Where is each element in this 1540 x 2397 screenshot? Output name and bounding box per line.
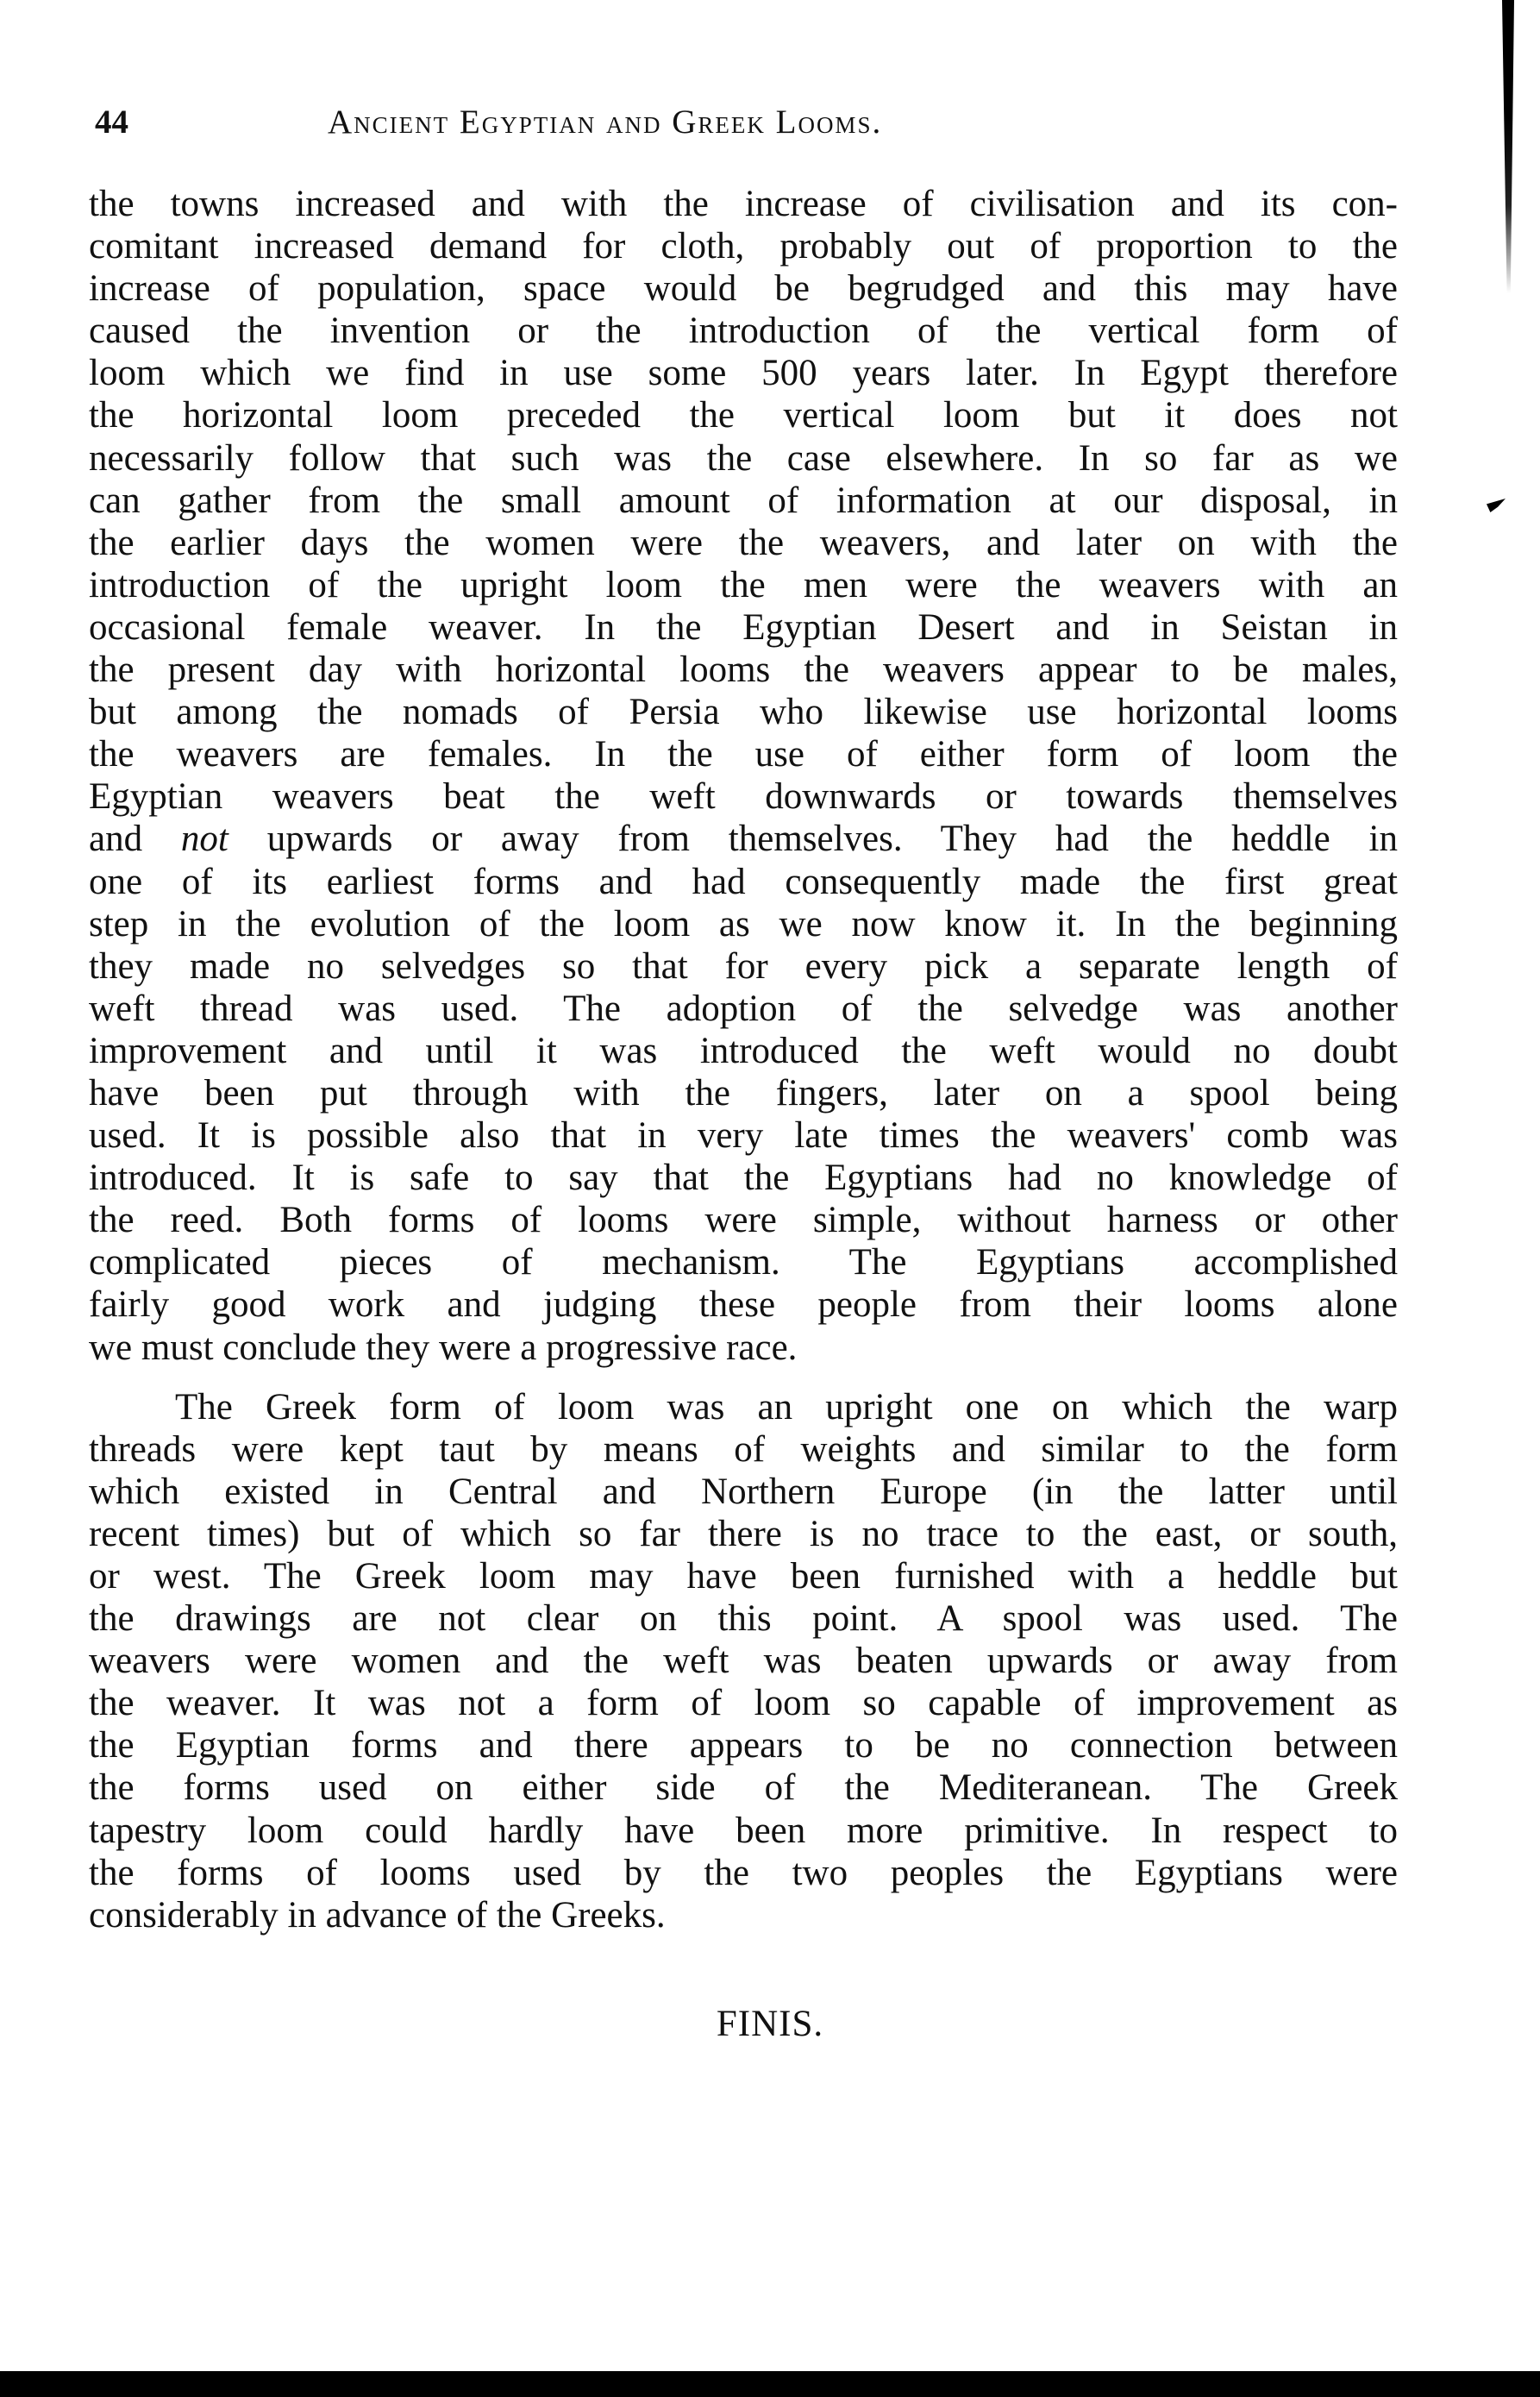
text-line: necessarily follow that such was the cas… — [89, 437, 1398, 480]
text-line: recent times) but of which so far there … — [89, 1513, 1398, 1555]
body-text: the towns increased and with the increas… — [89, 183, 1398, 1936]
text-line: fairly good work and judging these peopl… — [89, 1283, 1398, 1326]
page-scan-mark — [1487, 499, 1506, 512]
text-line: step in the evolution of the loom as we … — [89, 903, 1398, 945]
text-line: weavers were women and the weft was beat… — [89, 1640, 1398, 1682]
text-line: loom which we find in use some 500 years… — [89, 352, 1398, 394]
text-line: the present day with horizontal looms th… — [89, 649, 1398, 691]
text-line: the earlier days the women were the weav… — [89, 522, 1398, 564]
paragraph-egyptian-looms: the towns increased and with the increas… — [89, 183, 1398, 1369]
text-line: the weavers are females. In the use of e… — [89, 733, 1398, 775]
text-line: and not upwards or away from themselves.… — [89, 818, 1398, 860]
text-line: the reed. Both forms of looms were simpl… — [89, 1199, 1398, 1241]
text-line: the forms of looms used by the two peopl… — [89, 1852, 1398, 1894]
emphasis-not: not — [181, 819, 228, 859]
text-line: can gather from the small amount of info… — [89, 480, 1398, 522]
text-line: introduced. It is safe to say that the E… — [89, 1157, 1398, 1199]
text-line: have been put through with the fingers, … — [89, 1072, 1398, 1114]
paragraph-greek-looms: The Greek form of loom was an upright on… — [89, 1386, 1398, 1936]
text-line: the towns increased and with the increas… — [89, 183, 1398, 225]
text-line: Egyptian weavers beat the weft downwards… — [89, 775, 1398, 818]
page-binding-edge — [1502, 0, 1514, 293]
text-line: used. It is possible also that in very l… — [89, 1114, 1398, 1157]
text-line: the Egyptian forms and there appears to … — [89, 1724, 1398, 1766]
text-line: introduction of the upright loom the men… — [89, 564, 1398, 606]
text-line: the forms used on either side of the Med… — [89, 1766, 1398, 1809]
text-line: or west. The Greek loom may have been fu… — [89, 1555, 1398, 1597]
text-line: threads were kept taut by means of weigh… — [89, 1428, 1398, 1471]
text-line: comitant increased demand for cloth, pro… — [89, 225, 1398, 267]
text-line: the weaver. It was not a form of loom so… — [89, 1682, 1398, 1724]
page-number: 44 — [95, 97, 128, 148]
text-line: which existed in Central and Northern Eu… — [89, 1471, 1398, 1513]
text-line: the horizontal loom preceded the vertica… — [89, 394, 1398, 436]
page-header: 44 Ancient Egyptian and Greek Looms. — [95, 97, 1388, 148]
text-line: The Greek form of loom was an upright on… — [89, 1386, 1398, 1428]
running-title: Ancient Egyptian and Greek Looms. — [328, 97, 882, 148]
text-line: but among the nomads of Persia who likew… — [89, 691, 1398, 733]
text-line: considerably in advance of the Greeks. — [89, 1894, 1398, 1936]
page-bottom-edge — [0, 2371, 1540, 2397]
closing-finis: FINIS. — [0, 2003, 1540, 2045]
text-line: caused the invention or the introduction… — [89, 310, 1398, 352]
text-line: we must conclude they were a progressive… — [89, 1327, 1398, 1369]
text-line: increase of population, space would be b… — [89, 267, 1398, 310]
text-line: one of its earliest forms and had conseq… — [89, 861, 1398, 903]
text-line: improvement and until it was introduced … — [89, 1030, 1398, 1072]
text-line: the drawings are not clear on this point… — [89, 1597, 1398, 1640]
text-line: weft thread was used. The adoption of th… — [89, 988, 1398, 1030]
text-line: occasional female weaver. In the Egyptia… — [89, 606, 1398, 649]
text-line: complicated pieces of mechanism. The Egy… — [89, 1241, 1398, 1283]
text-line: tapestry loom could hardly have been mor… — [89, 1810, 1398, 1852]
text-line: they made no selvedges so that for every… — [89, 945, 1398, 988]
